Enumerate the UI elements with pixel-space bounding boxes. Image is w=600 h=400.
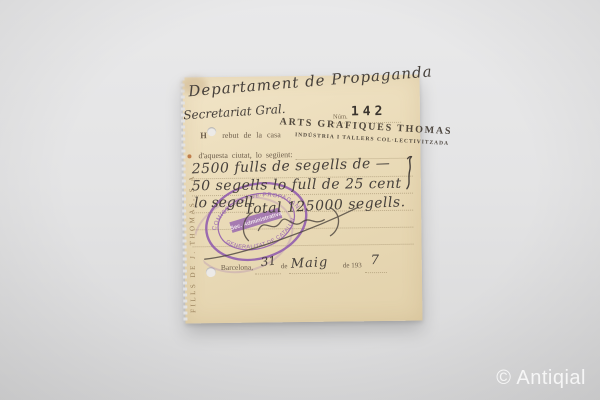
photo-background: FILLS DE J. THOMAS, S.A. Departament de … (0, 0, 600, 400)
punch-hole-top (207, 127, 216, 136)
number-value: 142 (351, 104, 387, 119)
printed-receipt-line-start: H (200, 130, 207, 140)
body-line-2: 50 segells lo full de 25 cent (192, 176, 402, 195)
handwritten-header-line1: Departament de Propaganda (188, 62, 434, 100)
date-month-rule (289, 272, 339, 275)
printed-receipt-line-rest: rebut de la casa (222, 130, 281, 140)
date-de1: de (281, 262, 288, 270)
receipt-paper: FILLS DE J. THOMAS, S.A. Departament de … (183, 75, 423, 324)
brace-mark (402, 155, 414, 191)
handwritten-header-line2: Secretariat Gral. (183, 102, 286, 123)
date-month: Maig (290, 255, 328, 272)
date-year-rule (365, 271, 387, 273)
watermark: © Antiqial (496, 367, 586, 390)
date-year-digit: 7 (371, 253, 379, 268)
date-de2: de 193 (343, 261, 362, 269)
date-city: Barcelona, (221, 263, 253, 272)
date-day: 31 (260, 254, 277, 270)
date-day-rule (255, 272, 281, 274)
signature-scribble (196, 195, 367, 267)
